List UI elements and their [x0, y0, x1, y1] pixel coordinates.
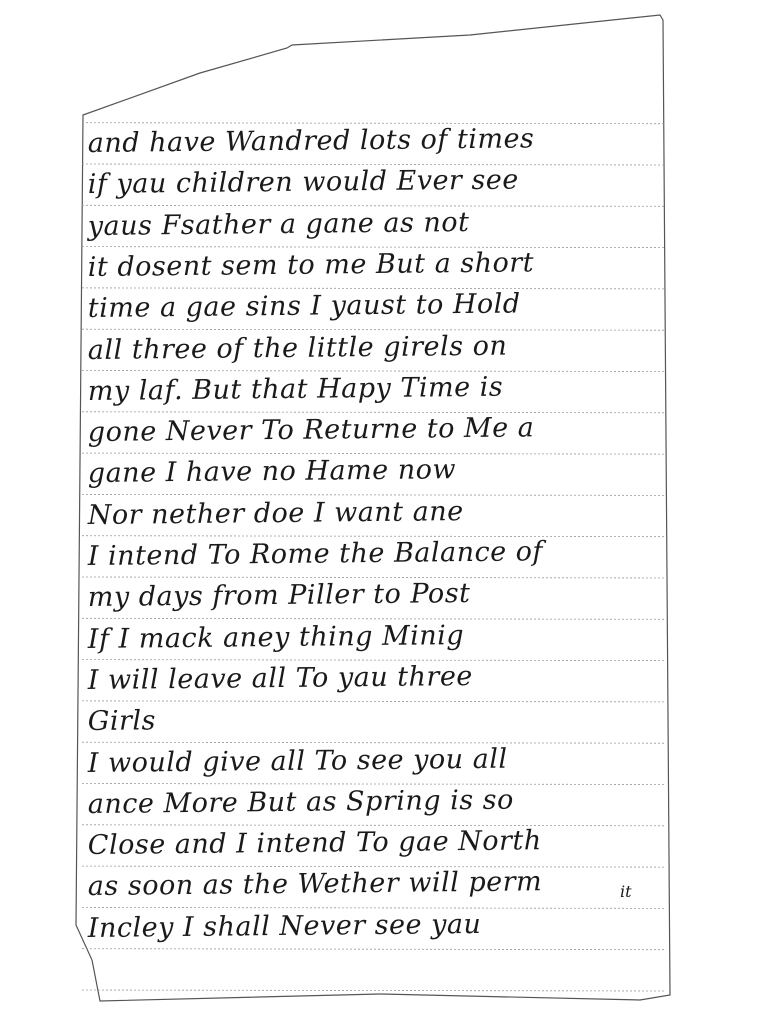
handwritten-line: my days from Piller to Post [88, 578, 471, 613]
handwritten-line: yaus Fsather a gane as not [88, 207, 470, 242]
handwritten-line: Girls [88, 705, 156, 737]
superscript-insert: it [620, 882, 632, 901]
handwritten-line: If I mack aney thing Minig [88, 620, 465, 655]
handwritten-line: I intend To Rome the Balance of [88, 536, 543, 572]
handwritten-line: I will leave all To yau three [88, 661, 473, 696]
handwritten-line: gone Never To Returne to Me a [88, 412, 535, 448]
handwritten-line: Close and I intend To gae North [88, 825, 542, 861]
handwritten-line: time a gae sins I yaust to Hold [88, 289, 521, 325]
handwritten-line: Nor nether doe I want ane [88, 496, 464, 531]
handwritten-line: my laf. But that Hapy Time is [88, 371, 504, 406]
handwritten-line: if yau children would Ever see [88, 165, 519, 201]
handwritten-line: it dosent sem to me But a short [88, 247, 535, 283]
handwritten-line: all three of the little girels on [88, 330, 508, 365]
handwritten-line: as soon as the Wether will perm [88, 867, 543, 903]
handwritten-line: gane I have no Hame now [88, 455, 456, 490]
handwritten-line: and have Wandred lots of times [88, 123, 535, 159]
letter-page: and have Wandred lots of timesif yau chi… [0, 0, 768, 1024]
handwritten-line: Incley I shall Never see yau [88, 909, 482, 944]
handwritten-line: I would give all To see you all [88, 743, 508, 778]
handwritten-line: ance More But as Spring is so [88, 784, 514, 819]
